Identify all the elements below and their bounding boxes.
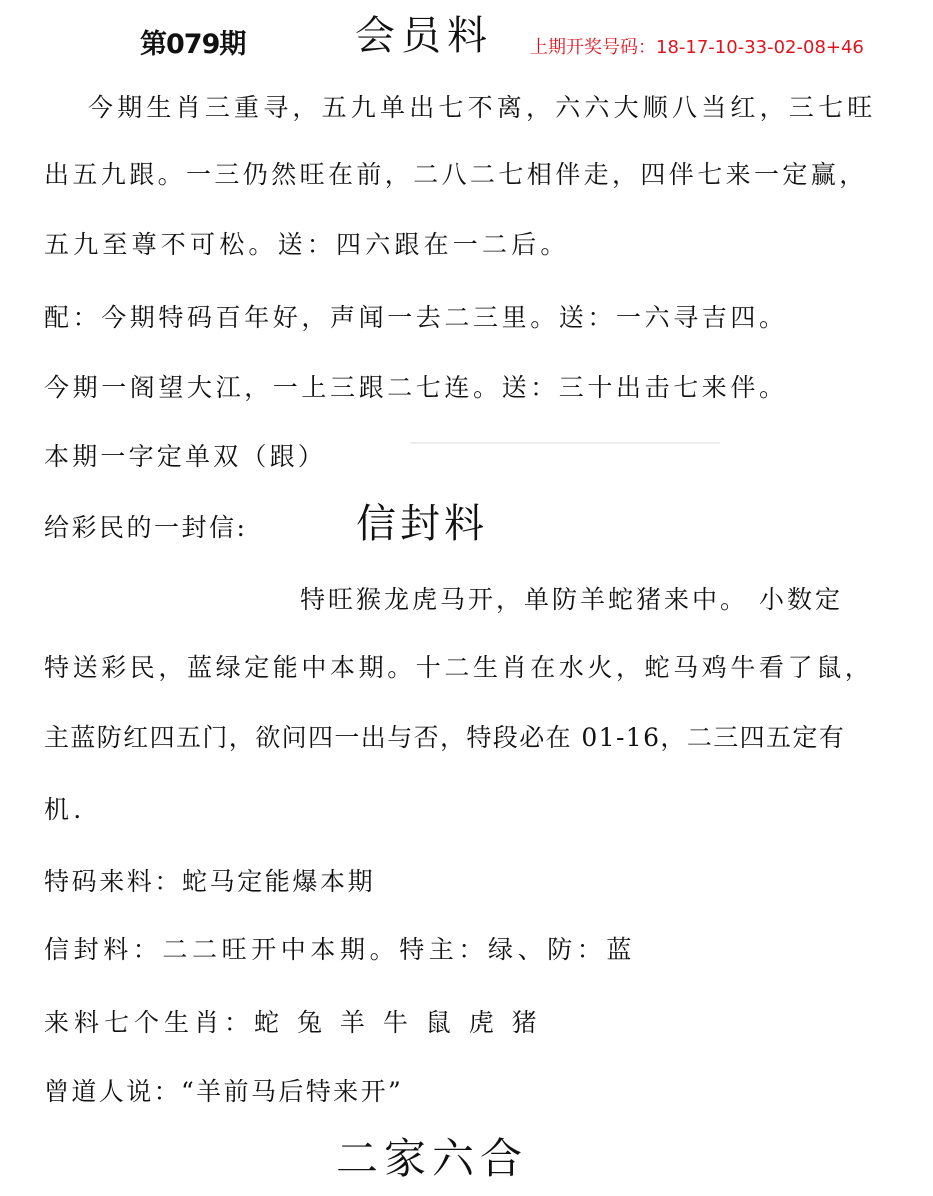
- issue-number: 第079期: [140, 22, 245, 61]
- member-line-5: 今期一阁望大江，一上三跟二七连。送：三十出击七来伴。: [44, 368, 788, 404]
- envelope-line-5: 特码来料：蛇马定能爆本期: [44, 862, 375, 898]
- envelope-line-6: 信封料：二二旺开中本期。特主：绿、防：蓝: [44, 930, 636, 966]
- member-line-6: 本期一字定单双（跟）: [44, 437, 326, 473]
- scan-artifact: [410, 442, 720, 444]
- member-line-1: 今期生肖三重寻，五九单出七不离，六六大顺八当红，三七旺: [88, 88, 876, 124]
- member-material-title: 会员料: [355, 4, 493, 61]
- envelope-line-7: 来料七个生肖：蛇 兔 羊 牛 鼠 虎 猪: [44, 1003, 542, 1039]
- envelope-intro-label: 给彩民的一封信:: [44, 508, 247, 544]
- envelope-line-2: 特送彩民，蓝绿定能中本期。十二生肖在水火，蛇马鸡牛看了鼠，: [44, 648, 873, 684]
- member-line-2: 出五九跟。一三仍然旺在前，二八二七相伴走，四伴七来一定赢，: [44, 155, 868, 191]
- envelope-line-3: 主蓝防红四五门，欲问四一出与否，特段必在 01-16，二三四五定有: [44, 718, 845, 754]
- member-line-3: 五九至尊不可松。送：四六跟在一二后。: [44, 225, 570, 261]
- envelope-material-title: 信封料: [356, 492, 488, 549]
- last-draw-numbers: 上期开奖号码：18-17-10-33-02-08+46: [530, 33, 864, 59]
- footer-title: 二家六合: [336, 1126, 528, 1186]
- member-line-4: 配：今期特码百年好，声闻一去二三里。送：一六寻吉四。: [44, 298, 788, 334]
- envelope-line-8: 曾道人说：“羊前马后特来开”: [44, 1072, 403, 1108]
- envelope-line-1: 特旺猴龙虎马开，单防羊蛇猪来中。 小数定: [300, 580, 843, 616]
- envelope-line-4: 机.: [44, 790, 85, 826]
